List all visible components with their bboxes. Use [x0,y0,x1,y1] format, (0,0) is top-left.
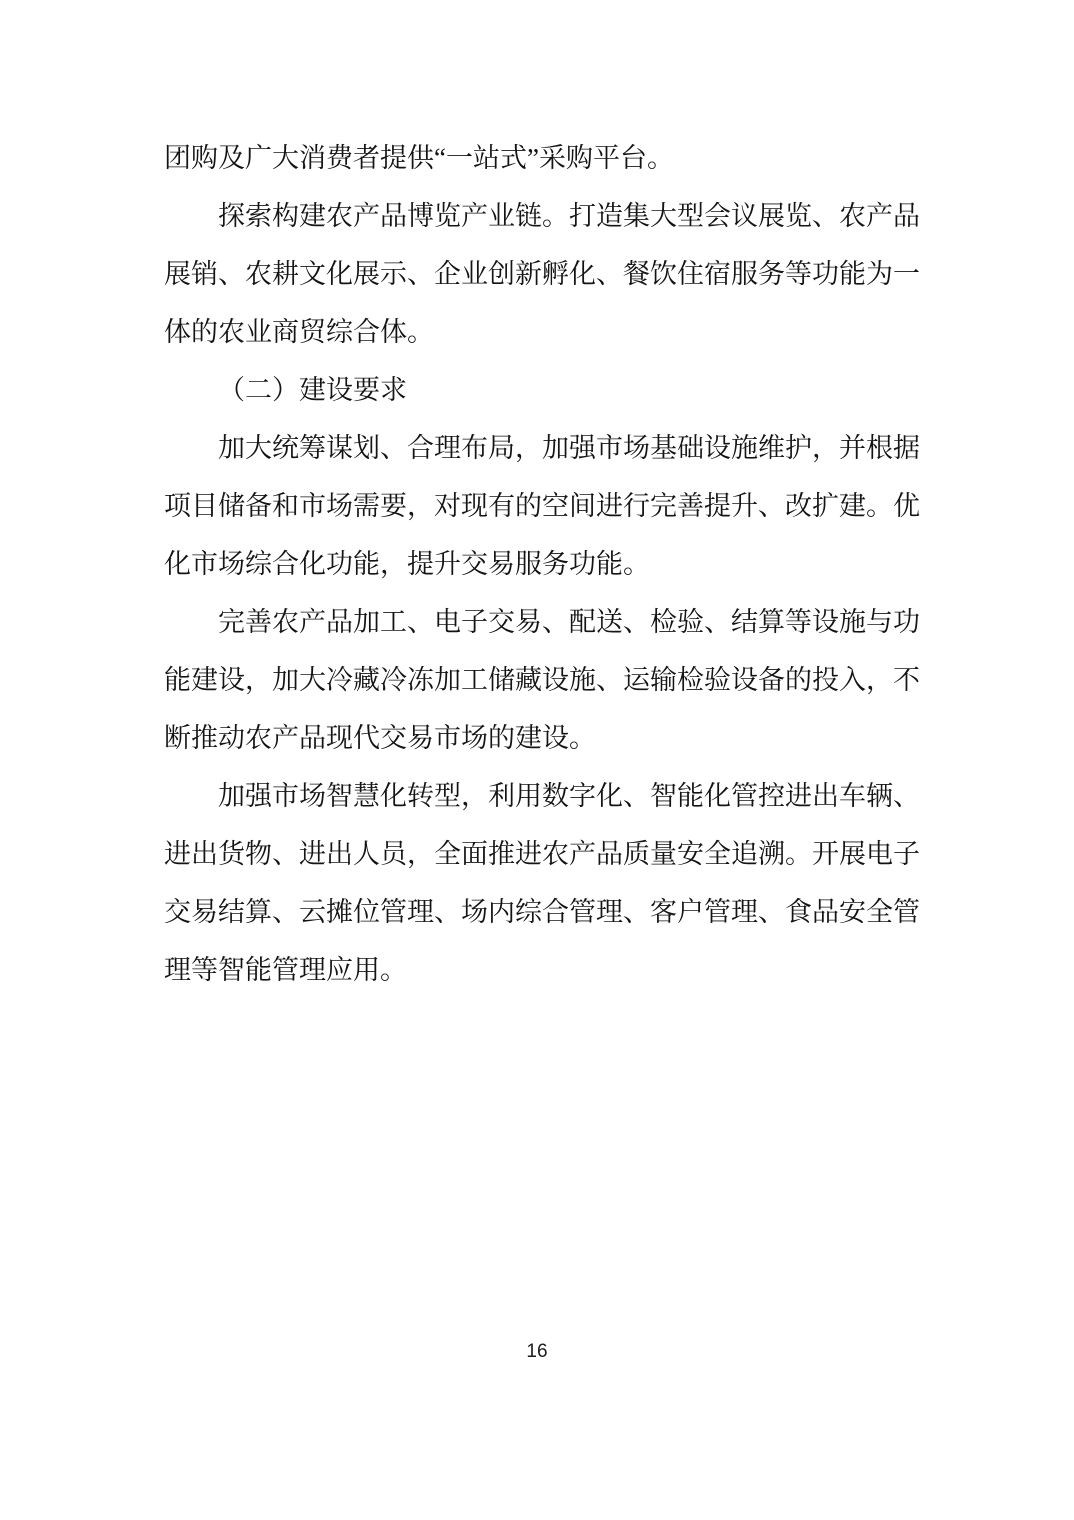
paragraph: 探索构建农产品博览产业链。打造集大型会议展览、农产品展销、农耕文化展示、企业创新… [164,187,920,361]
paragraph: 加强市场智慧化转型，利用数字化、智能化管控进出车辆、进出货物、进出人员，全面推进… [164,767,920,999]
paragraph: 完善农产品加工、电子交易、配送、检验、结算等设施与功能建设，加大冷藏冷冻加工储藏… [164,593,920,767]
document-content: 团购及广大消费者提供“一站式”采购平台。探索构建农产品博览产业链。打造集大型会议… [164,129,920,999]
paragraph: 加大统筹谋划、合理布局，加强市场基础设施维护，并根据项目储备和市场需要，对现有的… [164,419,920,593]
page-number: 16 [0,1340,1074,1364]
paragraph: 团购及广大消费者提供“一站式”采购平台。 [164,129,920,187]
document-page: 团购及广大消费者提供“一站式”采购平台。探索构建农产品博览产业链。打造集大型会议… [0,0,1074,1520]
section-heading: （二）建设要求 [164,361,920,419]
